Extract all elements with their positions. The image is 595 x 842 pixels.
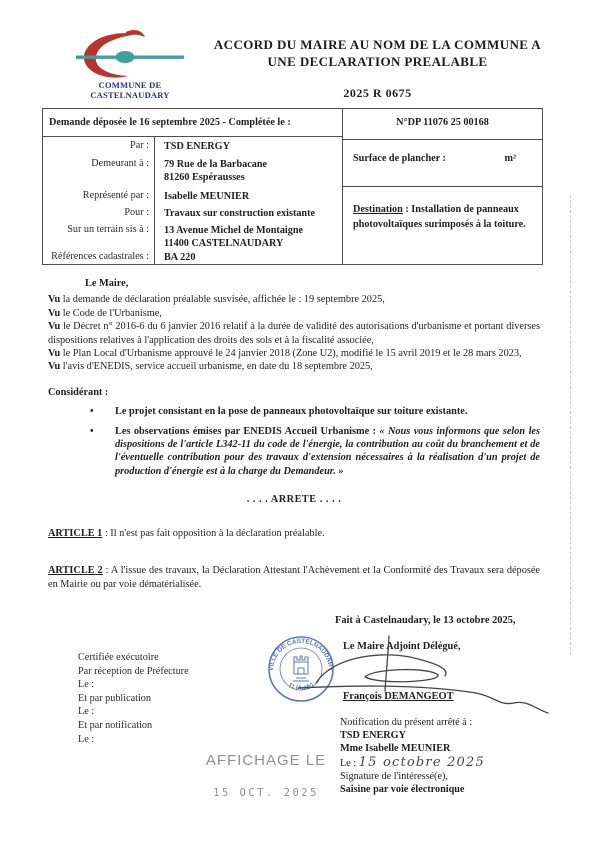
salutation: Le Maire,: [85, 277, 540, 290]
affichage-date-stamp: AFFICHAGE LE 15 OCT. 2025: [186, 752, 346, 799]
dossier-number: N°DP 11076 25 00168: [343, 109, 542, 140]
notification-mode: Saisine par voie électronique: [340, 783, 485, 796]
table-row: Par : TSD ENERGY: [43, 137, 342, 155]
commune-name-line2: CASTELNAUDARY: [70, 90, 190, 100]
notification-block: Notification du présent arrêté à : TSD E…: [340, 716, 485, 796]
certification-line: Et par notification: [78, 719, 189, 733]
decision-body: Le Maire, Vu la demande de déclaration p…: [48, 277, 540, 591]
info-table-right-column: N°DP 11076 25 00168 Surface de plancher …: [343, 109, 542, 264]
vu-item: Vu la demande de déclaration préalable s…: [48, 293, 540, 306]
certification-line: Certifiée exécutoire: [78, 651, 189, 665]
title-line-2: UNE DECLARATION PREALABLE: [200, 53, 555, 70]
article-2: ARTICLE 2 : A l'issue des travaux, la Dé…: [48, 564, 540, 591]
certification-block: Certifiée exécutoire Par réception de Pr…: [78, 651, 189, 746]
commune-logo-icon: [74, 28, 186, 80]
considerant-bullet: • Les observations émises par ENEDIS Acc…: [48, 425, 540, 479]
surface-label: Surface de plancher :: [353, 153, 446, 186]
table-row: Représenté par : Isabelle MEUNIER: [43, 187, 342, 204]
table-header-demande: Demande déposée le 16 septembre 2025 - C…: [43, 109, 342, 137]
vu-item: Vu le Décret n° 2016-6 du 6 janvier 2016…: [48, 320, 540, 347]
notification-intro: Notification du présent arrêté à :: [340, 716, 485, 729]
document-page: COMMUNE DE CASTELNAUDARY ACCORD DU MAIRE…: [0, 0, 595, 842]
title-line-1: ACCORD DU MAIRE AU NOM DE LA COMMUNE A: [200, 36, 555, 53]
application-info-table: Demande déposée le 16 septembre 2025 - C…: [42, 108, 543, 265]
signature-scribble: [278, 627, 558, 722]
table-row: Références cadastrales : BA 220: [43, 248, 342, 265]
commune-logo: COMMUNE DE CASTELNAUDARY: [70, 28, 190, 100]
certification-line: Par réception de Préfecture: [78, 665, 189, 679]
arrete-heading: . . . . ARRETE . . . .: [48, 493, 540, 506]
certification-line: Le :: [78, 733, 189, 747]
table-row: Demeurant à : 79 Rue de la Barbacane 812…: [43, 155, 342, 187]
vu-item: Vu le Plan Local d'Urbanisme approuvé le…: [48, 347, 540, 360]
info-table-left-column: Demande déposée le 16 septembre 2025 - C…: [43, 109, 343, 264]
table-row: Sur un terrain sis à : 13 Avenue Michel …: [43, 221, 342, 248]
notification-recipient-company: TSD ENERGY: [340, 729, 485, 742]
table-row: Pour : Travaux sur construction existant…: [43, 204, 342, 221]
certification-line: Le :: [78, 678, 189, 692]
bullet-marker: •: [90, 425, 115, 479]
signer-name: François DEMANGEOT: [343, 691, 454, 702]
notification-date-line: Le : 15 octobre 2025: [340, 756, 485, 770]
bullet-text: Les observations émises par ENEDIS Accue…: [115, 425, 540, 479]
notification-signature-line: Signature de l'intéressé(e),: [340, 770, 485, 783]
destination-cell: Destination : Installation de panneaux p…: [343, 187, 542, 264]
bullet-marker: •: [90, 405, 115, 418]
scan-artifact-line: [570, 195, 571, 655]
document-title: ACCORD DU MAIRE AU NOM DE LA COMMUNE A U…: [200, 36, 555, 101]
considerant-heading: Considérant :: [48, 386, 540, 399]
considerant-bullet: • Le projet consistant en la pose de pan…: [48, 405, 540, 418]
certification-line: Et par publication: [78, 692, 189, 706]
article-1: ARTICLE 1 : Il n'est pas fait opposition…: [48, 527, 540, 540]
commune-name-line1: COMMUNE DE: [70, 80, 190, 90]
info-table-rows: Par : TSD ENERGY Demeurant à : 79 Rue de…: [43, 137, 342, 265]
surface-unit: m²: [504, 153, 516, 186]
document-reference: 2025 R 0675: [200, 86, 555, 101]
destination-label: Destination: [353, 204, 403, 215]
vu-item: Vu l'avis d'ENEDIS, service accueil urba…: [48, 360, 540, 373]
affichage-stamp-line1: AFFICHAGE LE: [186, 752, 346, 769]
affichage-stamp-line2: 15 OCT. 2025: [186, 787, 346, 799]
bullet-text: Le projet consistant en la pose de panne…: [115, 405, 540, 418]
surface-cell: Surface de plancher : m²: [343, 140, 542, 187]
place-and-date: Fait à Castelnaudary, le 13 octobre 2025…: [335, 615, 515, 626]
certification-line: Le :: [78, 705, 189, 719]
vu-item: Vu le Code de l'Urbanisme,: [48, 307, 540, 320]
handwritten-date: 15 octobre 2025: [359, 755, 485, 770]
